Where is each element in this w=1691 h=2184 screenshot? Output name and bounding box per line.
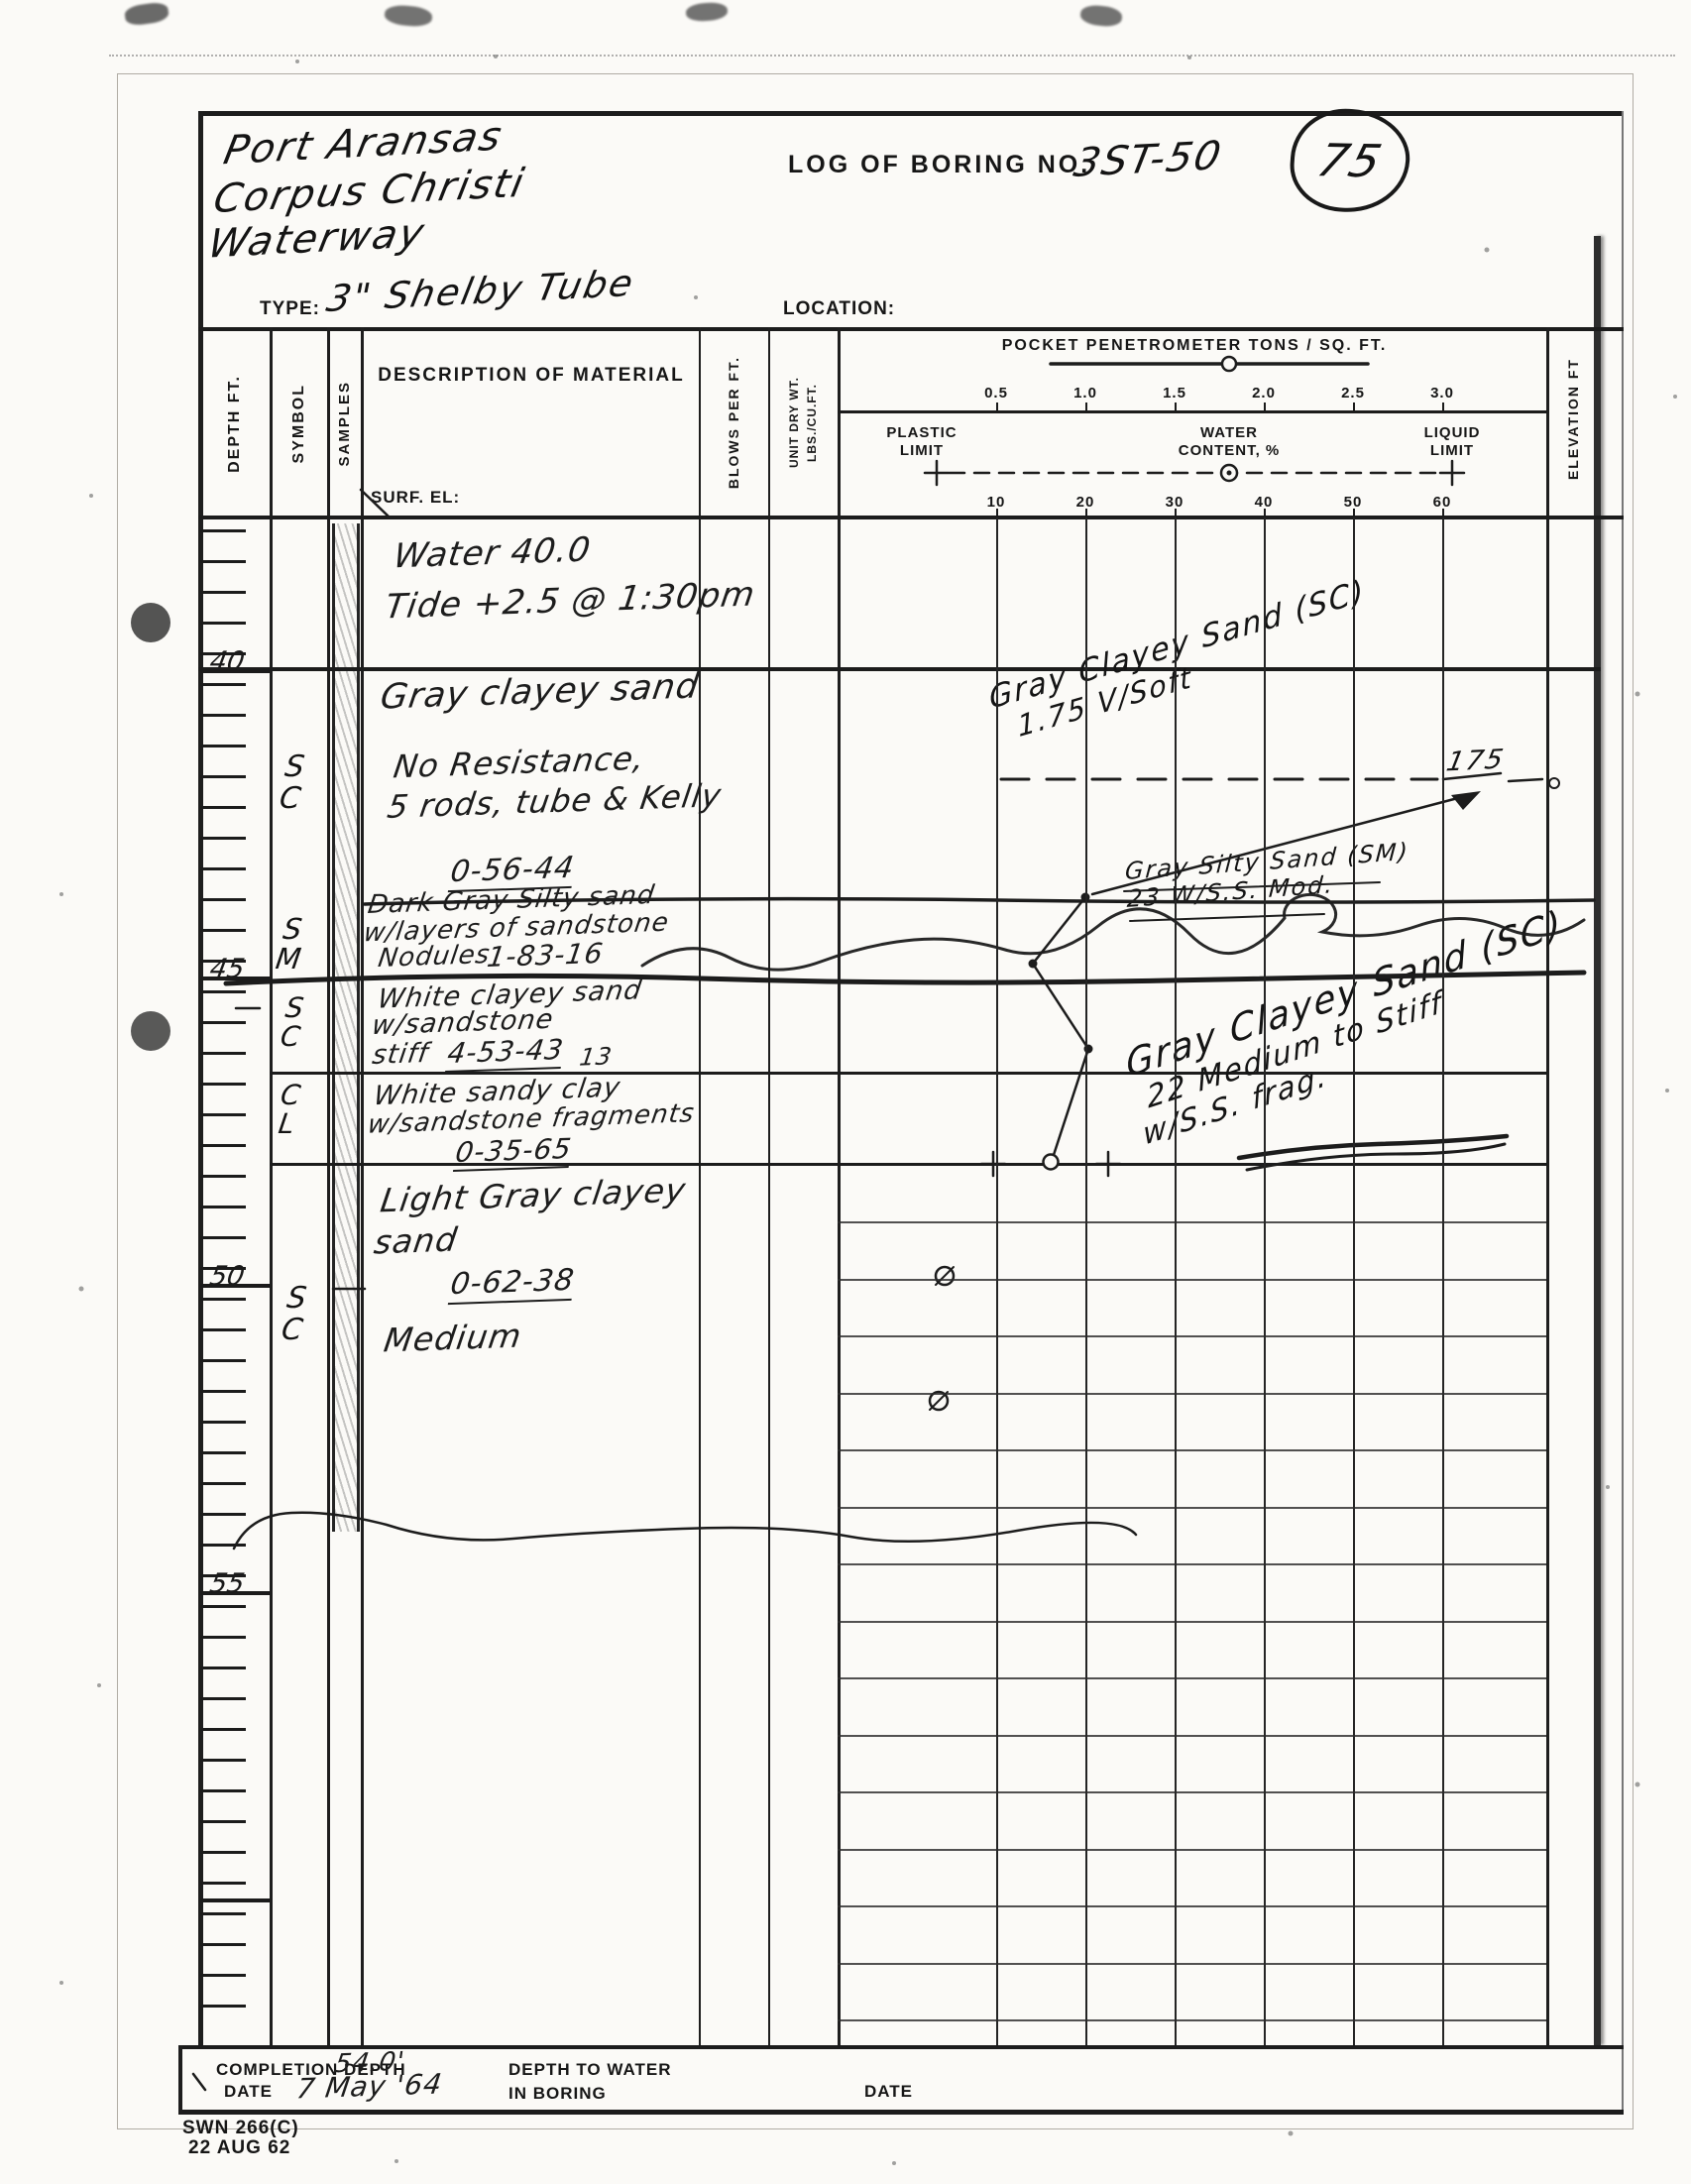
depth-to-water-label-2: IN BORING: [508, 2084, 607, 2104]
depth-tick-minor: [200, 1789, 246, 1792]
depth-tick-minor: [200, 1728, 246, 1731]
surf-el-label: SURF. EL:: [371, 488, 460, 508]
depth-label: 55: [207, 1568, 247, 1599]
depth-tick-minor: [200, 745, 246, 747]
col-symbol-samples-divider: [327, 327, 330, 2045]
unitwt-column-label-1: UNIT DRY WT.: [787, 377, 801, 468]
depth-tick-minor: [200, 1544, 246, 1547]
chart-grid-hline: [838, 1507, 1546, 1509]
depth-tick-minor: [200, 1974, 246, 1977]
penetrometer-scale-label: 1.0: [1073, 385, 1097, 402]
blows-column-label: BLOWS PER FT.: [726, 356, 741, 489]
stratum2-gradation: 1-83-16: [485, 937, 606, 974]
stratum5-gradation: 0-62-38: [448, 1263, 577, 1302]
chart-grid-hline: [838, 1335, 1546, 1337]
depth-tick-minor: [200, 1605, 246, 1608]
penetrometer-scale-rule: [838, 410, 1546, 413]
penetrometer-scale-label: 2.5: [1341, 385, 1365, 402]
depth-tick-minor: [200, 2005, 246, 2008]
unitwt-column-label-2: LBS./CU.FT.: [805, 384, 819, 462]
log-of-boring-label: LOG OF BORING NO.: [788, 151, 1090, 179]
form-right-edge: [1622, 111, 1624, 2113]
depth-tick-minor: [200, 867, 246, 870]
depth-tick-minor: [200, 1421, 246, 1424]
form-number: SWN 266(C): [182, 2118, 299, 2139]
stratum3-gradation: 4-53-43: [445, 1033, 566, 1070]
scale-tick: [1264, 402, 1266, 412]
depth-tick-minor: [200, 1943, 246, 1946]
depth-tick-minor: [200, 1482, 246, 1485]
chart-grid-hline: [838, 1905, 1546, 1907]
table-head-bottom-rule: [198, 516, 1624, 519]
samples-column-header: SAMPLES: [330, 337, 358, 511]
footer-bottom-rule: [178, 2110, 1624, 2115]
depth-tick-minor: [200, 1144, 246, 1147]
boring-log-scanned-page: Port Aransas Corpus Christi Waterway LOG…: [0, 0, 1691, 2184]
plastic-limit-label-2: LIMIT: [900, 442, 944, 459]
chart-grid-hline: [838, 1393, 1546, 1395]
blows-column-header: BLOWS PER FT.: [704, 333, 763, 512]
note-water-depth: Water 40.0: [392, 530, 594, 577]
depth-tick-minor: [200, 529, 246, 532]
scan-smudge: [1079, 4, 1123, 28]
depth-tick-minor: [200, 591, 246, 594]
depth-tick-minor: [200, 1021, 246, 1024]
col-samples-desc-divider: [361, 327, 364, 2045]
depth-tick-major: [200, 1898, 270, 1902]
footer-date2-label: DATE: [864, 2082, 913, 2102]
scale-tick: [1085, 402, 1087, 412]
elevation-column-label: ELEVATION FT: [1565, 358, 1581, 480]
depth-tick-minor: [200, 929, 246, 932]
chart-grid-hline: [838, 1449, 1546, 1451]
chart-grid-hline: [838, 1677, 1546, 1679]
chart-grid-vline: [1442, 517, 1444, 2045]
depth-tick-minor: [200, 775, 246, 778]
chart-grid-hline: [838, 1849, 1546, 1851]
depth-tick-minor: [200, 1083, 246, 1086]
depth-tick-minor: [200, 1052, 246, 1055]
depth-tick-minor: [200, 1359, 246, 1362]
symbol-column-header: SYMBOL: [276, 337, 323, 511]
depth-tick-minor: [200, 560, 246, 563]
col-blows-unitwt-divider: [768, 327, 770, 2045]
chart-grid-hline: [838, 1621, 1546, 1623]
strata-line-40ft: [198, 667, 1601, 671]
chart-grid-hline: [838, 1735, 1546, 1737]
header-rule: [198, 327, 1624, 331]
form-left-border: [198, 111, 203, 2048]
depth-column-header: DEPTH FT.: [204, 337, 266, 511]
depth-to-water-label-1: DEPTH TO WATER: [508, 2060, 672, 2080]
form-date: 22 AUG 62: [188, 2137, 290, 2159]
depth-tick-minor: [200, 1851, 246, 1854]
depth-label: 50: [207, 1261, 247, 1292]
depth-tick-minor: [200, 714, 246, 717]
depth-tick-minor: [200, 622, 246, 625]
depth-tick-minor: [200, 1697, 246, 1700]
depth-tick-minor: [200, 806, 246, 809]
depth-tick-minor: [200, 683, 246, 686]
depth-column-label: DEPTH FT.: [226, 375, 244, 473]
depth-tick-minor: [200, 1912, 246, 1915]
symbol-column-label: SYMBOL: [290, 384, 308, 463]
depth-tick-minor: [200, 898, 246, 901]
description-column-label: DESCRIPTION OF MATERIAL: [378, 365, 685, 387]
depth-tick-minor: [200, 837, 246, 840]
boring-number: 3ST-50: [1071, 133, 1227, 186]
chart-grid-hline: [838, 1963, 1546, 1965]
scale-tick: [1175, 402, 1177, 412]
depth-tick-minor: [200, 1636, 246, 1639]
penetrometer-scale-label: 0.5: [984, 385, 1008, 402]
scale-tick: [1175, 509, 1177, 517]
completion-date-label: DATE: [224, 2082, 273, 2102]
penetrometer-title: POCKET PENETROMETER TONS / SQ. FT.: [1002, 337, 1388, 355]
stratum5-consistency: Medium: [382, 1317, 524, 1360]
col-depth-symbol-divider: [270, 327, 273, 2045]
stratum3-desc3: stiff: [371, 1038, 431, 1071]
depth-tick-minor: [200, 1451, 246, 1454]
scan-smudge: [124, 1, 169, 27]
scale-tick: [1085, 509, 1087, 517]
footer-left-border: [178, 2045, 182, 2113]
stratum3-blows: 13: [578, 1042, 615, 1071]
col-chart-elevation-divider: [1546, 327, 1549, 2045]
samples-column-label: SAMPLES: [336, 381, 353, 467]
water-content-label-2: CONTENT, %: [1179, 442, 1281, 459]
depth-tick-minor: [200, 1513, 246, 1516]
chart-grid-hline: [838, 1563, 1546, 1565]
depth-tick-minor: [200, 1298, 246, 1301]
unitwt-column-header: UNIT DRY WT. LBS./CU.FT.: [772, 333, 834, 512]
penetrometer-scale-label: 2.0: [1252, 385, 1276, 402]
penetrometer-scale-label: 3.0: [1430, 385, 1454, 402]
depth-tick-minor: [200, 1667, 246, 1669]
col-unitwt-chart-divider: [838, 327, 841, 2045]
scale-tick: [1353, 402, 1355, 412]
chart-grid-vline: [1085, 517, 1087, 2045]
chart-value-175: 175: [1444, 745, 1508, 778]
circled-sheet-number-value: 75: [1311, 134, 1389, 187]
penetrometer-scale-label: 1.5: [1163, 385, 1186, 402]
liquid-limit-label-1: LIQUID: [1424, 424, 1481, 441]
depth-tick-minor: [200, 1206, 246, 1208]
scan-smudge: [384, 4, 433, 28]
depth-tick-minor: [200, 990, 246, 993]
punch-hole: [131, 603, 170, 642]
chart-grid-vline: [1353, 517, 1355, 2045]
chart-grid-hline: [838, 2019, 1546, 2021]
elevation-column-header: ELEVATION FT: [1552, 331, 1594, 508]
punch-hole: [131, 1011, 170, 1051]
sample-interval-bar: [332, 523, 360, 1532]
chart-grid-hline: [838, 1221, 1546, 1223]
type-label: TYPE:: [260, 298, 320, 320]
stratum4-gradation: 0-35-65: [453, 1132, 574, 1169]
chart-grid-vline: [1175, 517, 1177, 2045]
depth-label: 40: [207, 646, 247, 677]
completion-date-value: 7 May '64: [294, 2067, 444, 2105]
scale-tick: [996, 402, 998, 412]
scan-smudge: [685, 2, 728, 23]
depth-tick-minor: [200, 1236, 246, 1239]
chart-grid-vline: [1264, 517, 1266, 2045]
depth-label: 45: [207, 954, 247, 984]
depth-tick-minor: [200, 1759, 246, 1762]
location-label: LOCATION:: [783, 298, 895, 320]
chart-grid-vline: [996, 517, 998, 2045]
depth-tick-minor: [200, 1820, 246, 1823]
chart-grid-hline: [838, 1279, 1546, 1281]
chart-grid-hline: [838, 1791, 1546, 1793]
scan-dotted-line: [109, 55, 1675, 57]
scale-tick: [1442, 509, 1444, 517]
depth-tick-minor: [200, 1175, 246, 1178]
scale-tick: [1442, 402, 1444, 412]
depth-tick-minor: [200, 1113, 246, 1116]
stratum2-desc3: Nodules: [377, 940, 493, 974]
form-top-border: [198, 111, 1624, 116]
scale-tick: [1264, 509, 1266, 517]
depth-tick-minor: [200, 1390, 246, 1393]
water-content-label-1: WATER: [1200, 424, 1258, 441]
depth-tick-minor: [200, 1882, 246, 1885]
plastic-limit-label-1: PLASTIC: [886, 424, 957, 441]
liquid-limit-label-2: LIMIT: [1430, 442, 1474, 459]
form-right-border-heavy: [1594, 236, 1601, 2045]
stratum5-desc2: sand: [372, 1220, 460, 1262]
scale-tick: [996, 509, 998, 517]
depth-tick-minor: [200, 1328, 246, 1331]
scale-tick: [1353, 509, 1355, 517]
